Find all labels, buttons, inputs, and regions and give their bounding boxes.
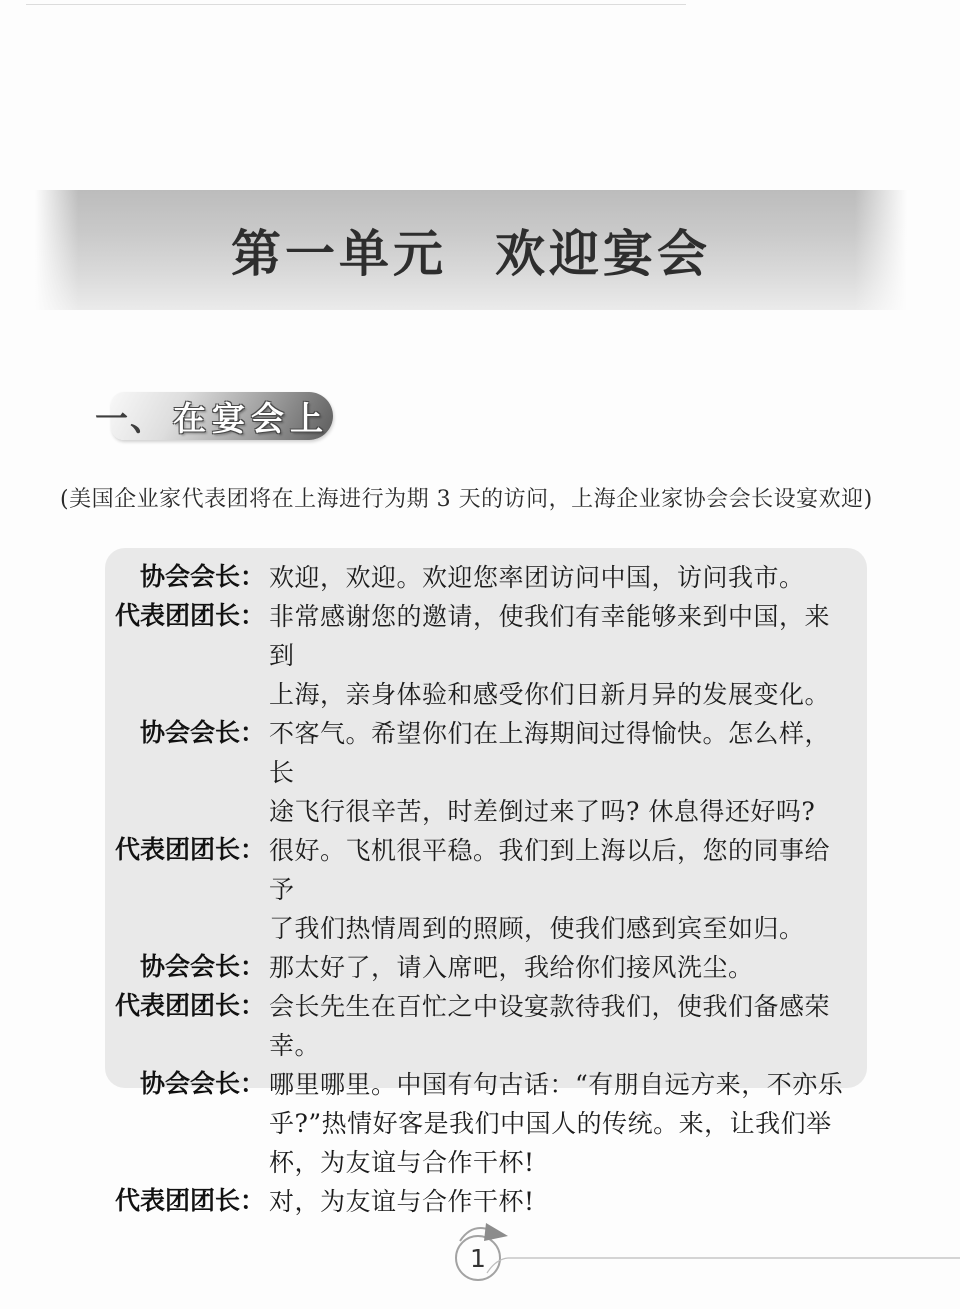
dialogue-box: 协会会长： 欢迎，欢迎。欢迎您率团访问中国，访问我市。 代表团团长： 非常感谢您… (105, 548, 867, 1088)
dialogue-row: 代表团团长： 会长先生在百忙之中设宴款待我们，使我们备感荣幸。 (111, 987, 849, 1065)
page-corner-flourish (440, 1217, 960, 1297)
scene-intro-note: (美国企业家代表团将在上海进行为期 3 天的访问，上海企业家协会会长设宴欢迎) (60, 484, 910, 516)
speaker-label: 代表团团长： (111, 987, 265, 1026)
speaker-label: 协会会长： (111, 714, 265, 753)
dialogue-text: 很好。飞机很平稳。我们到上海以后，您的同事给予 了我们热情周到的照顾，使我们感到… (265, 831, 849, 948)
dialogue-text: 非常感谢您的邀请，使我们有幸能够来到中国，来到 上海，亲身体验和感受你们日新月异… (265, 597, 849, 714)
section-heading: 一、 在宴会上 (95, 390, 329, 442)
speaker-label: 协会会长： (111, 1065, 265, 1104)
speaker-label: 代表团团长： (111, 831, 265, 870)
unit-title: 第一单元 欢迎宴会 (231, 214, 711, 286)
section-title: 在宴会上 (173, 393, 329, 440)
dialogue-row: 代表团团长： 对，为友谊与合作干杯! (111, 1182, 849, 1221)
dialogue-text: 哪里哪里。中国有句古话：“有朋自远方来，不亦乐 乎?”热情好客是我们中国人的传统… (265, 1065, 849, 1182)
dialogue-row: 代表团团长： 很好。飞机很平稳。我们到上海以后，您的同事给予 了我们热情周到的照… (111, 831, 849, 948)
section-index: 一、 (95, 393, 165, 440)
dialogue-text: 欢迎，欢迎。欢迎您率团访问中国，访问我市。 (265, 558, 849, 597)
page-top-scan-line (26, 4, 686, 5)
dialogue-row: 协会会长： 不客气。希望你们在上海期间过得愉快。怎么样，长 途飞行很辛苦，时差倒… (111, 714, 849, 831)
dialogue-text: 会长先生在百忙之中设宴款待我们，使我们备感荣幸。 (265, 987, 849, 1065)
dialogue-text: 那太好了，请入席吧，我给你们接风洗尘。 (265, 948, 849, 987)
speaker-label: 协会会长： (111, 948, 265, 987)
footer-rule-line (487, 1258, 960, 1273)
dialogue-row: 协会会长： 那太好了，请入席吧，我给你们接风洗尘。 (111, 948, 849, 987)
unit-title-text: 欢迎宴会 (495, 214, 711, 286)
dialogue-row: 协会会长： 欢迎，欢迎。欢迎您率团访问中国，访问我市。 (111, 558, 849, 597)
page-number: 1 (456, 1236, 500, 1280)
dialogue-text: 不客气。希望你们在上海期间过得愉快。怎么样，长 途飞行很辛苦，时差倒过来了吗? … (265, 714, 849, 831)
dialogue-row: 协会会长： 哪里哪里。中国有句古话：“有朋自远方来，不亦乐 乎?”热情好客是我们… (111, 1065, 849, 1182)
speaker-label: 协会会长： (111, 558, 265, 597)
dialogue-row: 代表团团长： 非常感谢您的邀请，使我们有幸能够来到中国，来到 上海，亲身体验和感… (111, 597, 849, 714)
dialogue-text: 对，为友谊与合作干杯! (265, 1182, 849, 1221)
unit-title-banner: 第一单元 欢迎宴会 (35, 190, 907, 310)
speaker-label: 代表团团长： (111, 1182, 265, 1221)
speaker-label: 代表团团长： (111, 597, 265, 636)
section-heading-row: 一、 在宴会上 (95, 390, 329, 442)
unit-title-number: 第一单元 (231, 214, 447, 286)
